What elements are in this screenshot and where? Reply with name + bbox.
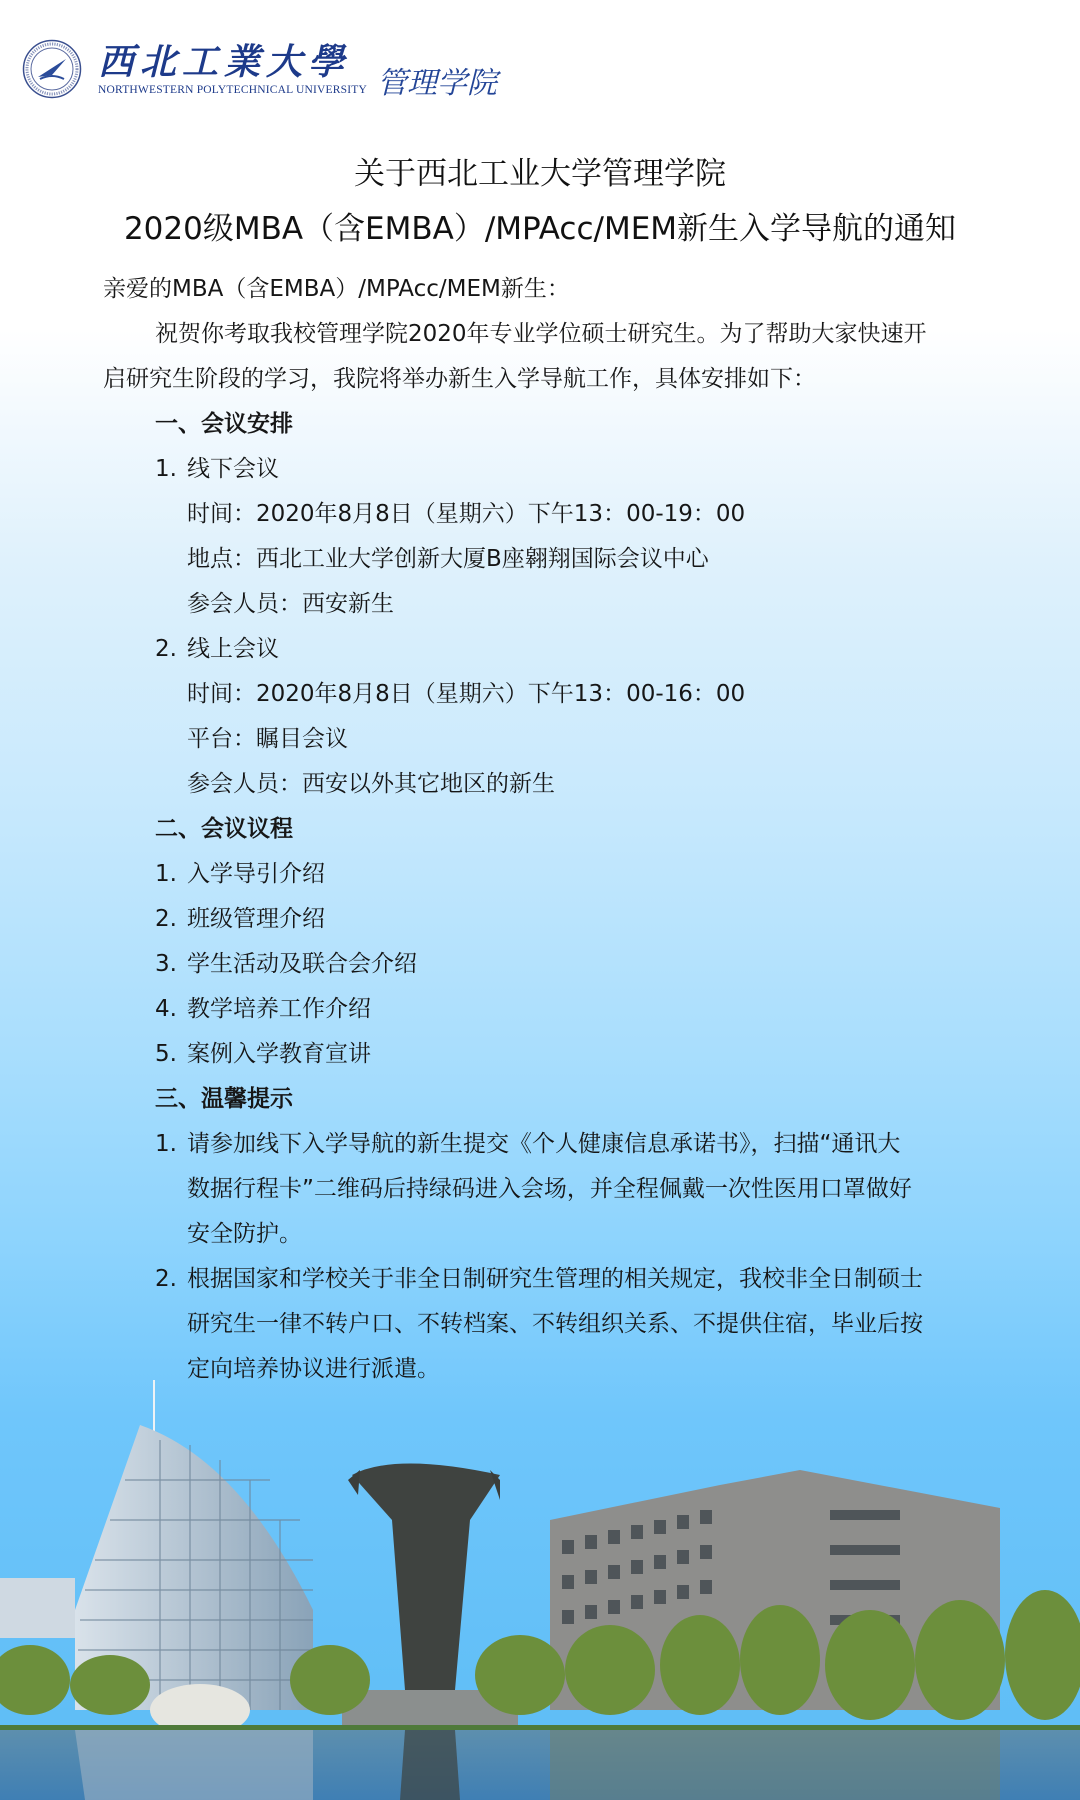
- greeting: 亲爱的MBA（含EMBA）/MPAcc/MEM新生：: [103, 274, 570, 304]
- school-name: 管理学院: [377, 58, 497, 102]
- list-number: 1.: [155, 454, 187, 484]
- university-name-cn: 西北工業大學: [98, 42, 367, 82]
- section-heading-meeting-arrangement: 一、会议安排: [155, 409, 293, 439]
- agenda-item: 4.教学培养工作介绍: [155, 994, 371, 1024]
- agenda-item-title: 学生活动及联合会介绍: [187, 951, 417, 977]
- header: 西北工業大學 NORTHWESTERN POLYTECHNICAL UNIVER…: [22, 36, 497, 102]
- agenda-item: 3.学生活动及联合会介绍: [155, 949, 417, 979]
- offline-location: 地点：西北工业大学创新大厦B座翱翔国际会议中心: [187, 544, 709, 574]
- university-seal-icon: [22, 39, 82, 99]
- university-brand: 西北工業大學 NORTHWESTERN POLYTECHNICAL UNIVER…: [98, 42, 367, 96]
- online-time: 时间：2020年8月8日（星期六）下午13：00-16：00: [187, 679, 745, 709]
- list-number: 3.: [155, 949, 187, 979]
- list-number: 1.: [155, 1129, 187, 1159]
- online-attendees: 参会人员：西安以外其它地区的新生: [187, 769, 555, 799]
- reminder-text: 数据行程卡”二维码后持绿码进入会场，并全程佩戴一次性医用口罩做好: [187, 1174, 912, 1204]
- agenda-item-title: 教学培养工作介绍: [187, 996, 371, 1022]
- intro-line1: 祝贺你考取我校管理学院2020年专业学位硕士研究生。为了帮助大家快速开: [155, 319, 927, 349]
- agenda-item: 2.班级管理介绍: [155, 904, 325, 934]
- list-number: 4.: [155, 994, 187, 1024]
- list-number: 5.: [155, 1039, 187, 1069]
- list-number: 2.: [155, 904, 187, 934]
- campus-photo: [0, 1380, 1080, 1800]
- list-item-title: 线上会议: [187, 636, 279, 662]
- online-platform: 平台：瞩目会议: [187, 724, 348, 754]
- reminder-item: 2.根据国家和学校关于非全日制研究生管理的相关规定，我校非全日制硕士: [155, 1264, 923, 1294]
- offline-attendees: 参会人员：西安新生: [187, 589, 394, 619]
- intro-line2: 启研究生阶段的学习，我院将举办新生入学导航工作，具体安排如下：: [103, 364, 816, 394]
- reminder-text: 根据国家和学校关于非全日制研究生管理的相关规定，我校非全日制硕士: [187, 1266, 923, 1292]
- notice-title-line2: 2020级MBA（含EMBA）/MPAcc/MEM新生入学导航的通知: [0, 203, 1080, 248]
- agenda-item-title: 入学导引介绍: [187, 861, 325, 887]
- agenda-item-title: 案例入学教育宣讲: [187, 1041, 371, 1067]
- list-item: 1.线下会议: [155, 454, 279, 484]
- section-heading-reminders: 三、温馨提示: [155, 1084, 293, 1114]
- list-item-title: 线下会议: [187, 456, 279, 482]
- notice-title-line1: 关于西北工业大学管理学院: [0, 148, 1080, 193]
- list-number: 2.: [155, 634, 187, 664]
- agenda-item: 1.入学导引介绍: [155, 859, 325, 889]
- reminder-text: 请参加线下入学导航的新生提交《个人健康信息承诺书》，扫描“通讯大: [187, 1131, 900, 1157]
- list-item: 2.线上会议: [155, 634, 279, 664]
- reminder-item: 1.请参加线下入学导航的新生提交《个人健康信息承诺书》，扫描“通讯大: [155, 1129, 900, 1159]
- reminder-text: 研究生一律不转户口、不转档案、不转组织关系、不提供住宿，毕业后按: [187, 1309, 923, 1339]
- list-number: 1.: [155, 859, 187, 889]
- list-number: 2.: [155, 1264, 187, 1294]
- section-heading-agenda: 二、会议议程: [155, 814, 293, 844]
- reminder-text: 安全防护。: [187, 1219, 302, 1249]
- agenda-item: 5.案例入学教育宣讲: [155, 1039, 371, 1069]
- university-name-en: NORTHWESTERN POLYTECHNICAL UNIVERSITY: [98, 84, 367, 96]
- offline-time: 时间：2020年8月8日（星期六）下午13：00-19：00: [187, 499, 745, 529]
- agenda-item-title: 班级管理介绍: [187, 906, 325, 932]
